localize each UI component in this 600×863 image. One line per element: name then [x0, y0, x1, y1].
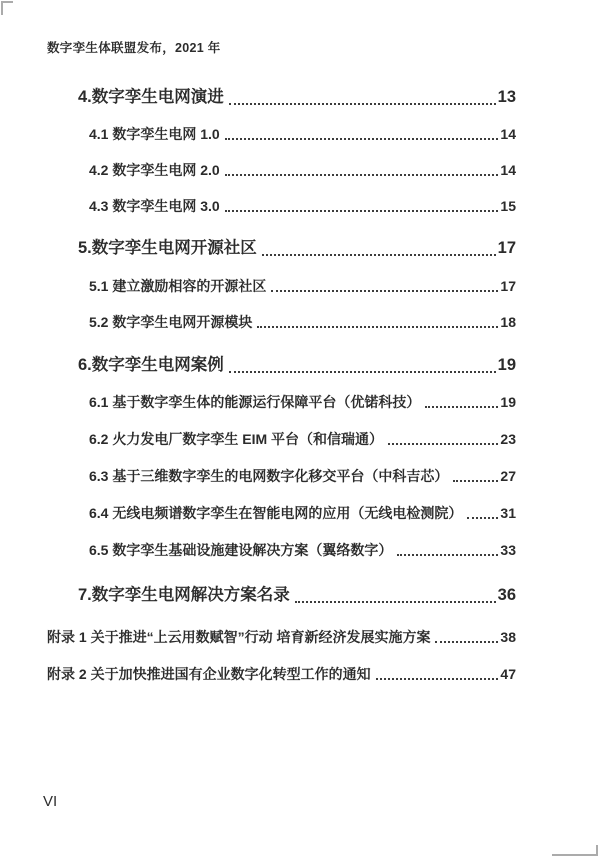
- toc-entry-page: 19: [500, 394, 516, 411]
- dotted-leader: [225, 138, 499, 140]
- toc-entry-title: 7.数字孪生电网解决方案名录: [78, 586, 290, 606]
- toc-entry-6-3[interactable]: 6.3 基于三维数字孪生的电网数字化移交平台（中科吉芯） 27: [89, 468, 516, 485]
- scan-corner-top-left: [1, 1, 13, 15]
- toc-entry-page: 23: [500, 431, 516, 448]
- toc-entry-page: 33: [500, 542, 516, 559]
- toc-entry-chapter-6[interactable]: 6.数字孪生电网案例 19: [78, 356, 516, 376]
- dotted-leader: [467, 517, 498, 519]
- scan-corner-bottom-right: [552, 845, 598, 856]
- toc-entry-6-1[interactable]: 6.1 基于数字孪生体的能源运行保障平台（优锘科技） 19: [89, 394, 516, 411]
- toc-entry-page: 47: [500, 666, 516, 683]
- toc-entry-title: 5.1 建立激励相容的开源社区: [89, 278, 266, 295]
- toc-entry-title: 6.1 基于数字孪生体的能源运行保障平台（优锘科技）: [89, 394, 420, 411]
- toc-entry-page: 17: [500, 278, 516, 295]
- toc-entry-4-2[interactable]: 4.2 数字孪生电网 2.0 14: [89, 162, 516, 179]
- toc-entry-title: 4.3 数字孪生电网 3.0: [89, 198, 220, 215]
- dotted-leader: [388, 443, 498, 445]
- dotted-leader: [453, 480, 498, 482]
- dotted-leader: [425, 406, 498, 408]
- dotted-leader: [257, 326, 498, 328]
- toc-entry-title: 4.1 数字孪生电网 1.0: [89, 126, 220, 143]
- toc-entry-page: 38: [500, 629, 516, 646]
- toc-entry-title: 附录 1 关于推进“上云用数赋智”行动 培育新经济发展实施方案: [47, 629, 430, 646]
- toc-entry-page: 19: [498, 356, 516, 376]
- toc-entry-title: 6.数字孪生电网案例: [78, 356, 224, 376]
- toc-entry-5-1[interactable]: 5.1 建立激励相容的开源社区 17: [89, 278, 516, 295]
- toc-entry-title: 6.4 无线电频谱数字孪生在智能电网的应用（无线电检测院）: [89, 505, 462, 522]
- toc-entry-title: 5.数字孪生电网开源社区: [78, 239, 257, 259]
- toc-entry-page: 15: [500, 198, 516, 215]
- toc-entry-title: 5.2 数字孪生电网开源模块: [89, 314, 252, 331]
- page-number-roman: VI: [43, 793, 57, 810]
- dotted-leader: [435, 641, 498, 643]
- toc-entry-page: 27: [500, 468, 516, 485]
- page-header: 数字孪生体联盟发布，2021 年: [47, 38, 221, 56]
- toc-entry-title: 4.数字孪生电网演进: [78, 88, 224, 108]
- dotted-leader: [295, 601, 496, 603]
- dotted-leader: [271, 290, 498, 292]
- toc-entry-page: 13: [498, 88, 516, 108]
- toc-entry-chapter-4[interactable]: 4.数字孪生电网演进 13: [78, 88, 516, 108]
- toc-entry-6-4[interactable]: 6.4 无线电频谱数字孪生在智能电网的应用（无线电检测院） 31: [89, 505, 516, 522]
- dotted-leader: [397, 554, 498, 556]
- dotted-leader: [225, 210, 499, 212]
- toc-entry-page: 14: [500, 162, 516, 179]
- toc-entry-title: 附录 2 关于加快推进国有企业数字化转型工作的通知: [47, 666, 371, 683]
- toc-entry-appendix-2[interactable]: 附录 2 关于加快推进国有企业数字化转型工作的通知 47: [47, 666, 516, 683]
- dotted-leader: [229, 103, 496, 105]
- toc-entry-title: 4.2 数字孪生电网 2.0: [89, 162, 220, 179]
- dotted-leader: [229, 371, 496, 373]
- toc-entry-5-2[interactable]: 5.2 数字孪生电网开源模块 18: [89, 314, 516, 331]
- toc-entry-4-1[interactable]: 4.1 数字孪生电网 1.0 14: [89, 126, 516, 143]
- toc-entry-page: 14: [500, 126, 516, 143]
- toc-page: 数字孪生体联盟发布，2021 年 4.数字孪生电网演进 13 4.1 数字孪生电…: [0, 0, 600, 863]
- toc-entry-title: 6.2 火力发电厂数字孪生 EIM 平台（和信瑞通）: [89, 431, 383, 448]
- toc-entry-chapter-5[interactable]: 5.数字孪生电网开源社区 17: [78, 239, 516, 259]
- toc-entry-title: 6.3 基于三维数字孪生的电网数字化移交平台（中科吉芯）: [89, 468, 448, 485]
- toc-entry-page: 36: [498, 586, 516, 606]
- toc-entry-6-5[interactable]: 6.5 数字孪生基础设施建设解决方案（翼络数字） 33: [89, 542, 516, 559]
- toc-entry-4-3[interactable]: 4.3 数字孪生电网 3.0 15: [89, 198, 516, 215]
- dotted-leader: [225, 174, 499, 176]
- toc-entry-page: 17: [498, 239, 516, 259]
- dotted-leader: [376, 678, 499, 680]
- toc-entry-page: 31: [500, 505, 516, 522]
- dotted-leader: [262, 254, 496, 256]
- toc-entry-title: 6.5 数字孪生基础设施建设解决方案（翼络数字）: [89, 542, 392, 559]
- toc-entry-6-2[interactable]: 6.2 火力发电厂数字孪生 EIM 平台（和信瑞通） 23: [89, 431, 516, 448]
- toc-entry-chapter-7[interactable]: 7.数字孪生电网解决方案名录 36: [78, 586, 516, 606]
- toc-entry-appendix-1[interactable]: 附录 1 关于推进“上云用数赋智”行动 培育新经济发展实施方案 38: [47, 629, 516, 646]
- toc-entry-page: 18: [500, 314, 516, 331]
